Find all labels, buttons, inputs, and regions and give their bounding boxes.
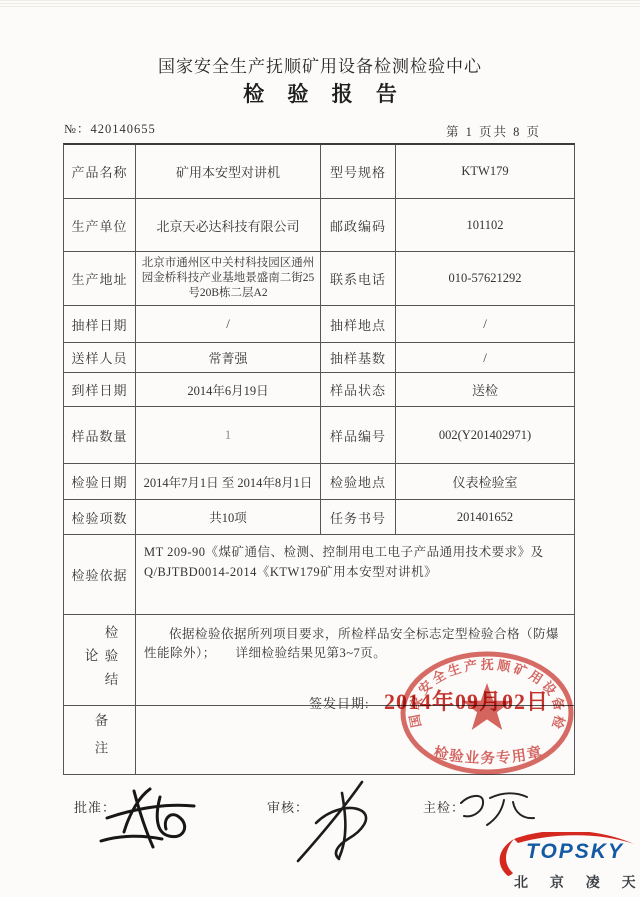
field-value: 常菁强 [136,343,321,373]
field-label: 抽样地点 [321,306,396,343]
field-label: 样品数量 [64,407,136,464]
field-label: 生产单位 [64,199,136,252]
field-value: 北京市通州区中关村科技园区通州园金桥科技产业基地景盛南二街25号20B栋二层A2 [136,252,321,306]
table-row: 检验日期 2014年7月1日 至 2014年8月1日 检验地点 仪表检验室 [64,464,575,500]
field-label: 联系电话 [321,252,396,306]
field-label: 备注 [64,706,136,775]
field-value: 北京天必达科技有限公司 [136,199,321,252]
field-label: 任务书号 [321,500,396,535]
field-value: 共10项 [136,500,321,535]
table-row: 抽样日期 / 抽样地点 / [64,306,575,343]
field-label: 检验依据 [64,535,136,615]
field-label: 检验日期 [64,464,136,500]
field-value: KTW179 [396,145,575,199]
org-title: 国家安全生产抚顺矿用设备检测检验中心 [0,52,640,77]
table-row: 检验项数 共10项 任务书号 201401652 [64,500,575,535]
table-row: 到样日期 2014年6月19日 样品状态 送检 [64,373,575,407]
field-label: 抽样日期 [64,306,136,343]
field-label: 到样日期 [64,373,136,407]
field-label: 型号规格 [321,145,396,199]
field-value: 101102 [396,199,575,252]
field-label: 送样人员 [64,343,136,373]
field-value: / [396,306,575,343]
field-value: 2014年7月1日 至 2014年8月1日 [136,464,321,500]
inspection-report-page: 国家安全生产抚顺矿用设备检测检验中心 检 验 报 告 №：420140655 第… [0,0,640,897]
field-value: 201401652 [396,500,575,535]
field-value: 仪表检验室 [396,464,575,500]
table-row: 生产单位 北京天必达科技有限公司 邮政编码 101102 [64,199,575,252]
field-label: 样品编号 [321,407,396,464]
sign-date-label: 签发日期: [309,693,370,712]
field-value: / [136,306,321,343]
table-row: 送样人员 常菁强 抽样基数 / [64,343,575,373]
field-label: 检验项数 [64,500,136,535]
field-label: 产品名称 [64,145,136,199]
report-no-value: 420140655 [90,122,155,136]
inspection-basis-text: MT 209-90《煤矿通信、检测、控制用电工电子产品通用技术要求》及Q/BJT… [136,535,575,615]
field-label: 检验地点 [321,464,396,500]
review-signature [288,778,394,866]
logo-company-text: 北 京 凌 天 [514,872,640,892]
logo-brand-text: TOPSKY [526,840,624,864]
field-value: 010-57621292 [396,252,575,306]
field-value: 1 [136,407,321,464]
report-number: №：420140655 [64,119,156,137]
field-label: 样品状态 [321,373,396,407]
remark-label: 备注 [90,713,110,768]
field-label: 生产地址 [64,252,136,306]
report-title: 检 验 报 告 [0,78,640,108]
table-row: 样品数量 1 样品编号 002(Y201402971) [64,407,575,464]
field-label: 抽样基数 [321,343,396,373]
field-value: 矿用本安型对讲机 [136,145,321,199]
report-no-label: №： [64,122,90,136]
field-label: 检验结论 [64,615,136,706]
field-value: 送检 [396,373,575,407]
table-row: 生产地址 北京市通州区中关村科技园区通州园金桥科技产业基地景盛南二街25号20B… [64,252,575,306]
approval-signature [94,784,212,856]
table-row: 产品名称 矿用本安型对讲机 型号规格 KTW179 [64,145,575,199]
stamp-date: 2014年09月02日 [384,685,549,716]
field-value: 2014年6月19日 [136,373,321,407]
field-value: / [396,343,575,373]
field-value: 002(Y201402971) [396,407,575,464]
page-indicator: 第 1 页共 8 页 [446,122,541,140]
scan-artifact [0,0,640,7]
table-row-basis: 检验依据 MT 209-90《煤矿通信、检测、控制用电工电子产品通用技术要求》及… [64,535,575,615]
conclusion-label: 检验结论 [80,615,120,705]
stamp-bottom-text: 检验业务专用章 [432,742,545,767]
chief-signature [452,788,540,834]
topsky-logo: TOPSKY 北 京 凌 天 [488,832,640,894]
field-label: 邮政编码 [321,199,396,252]
